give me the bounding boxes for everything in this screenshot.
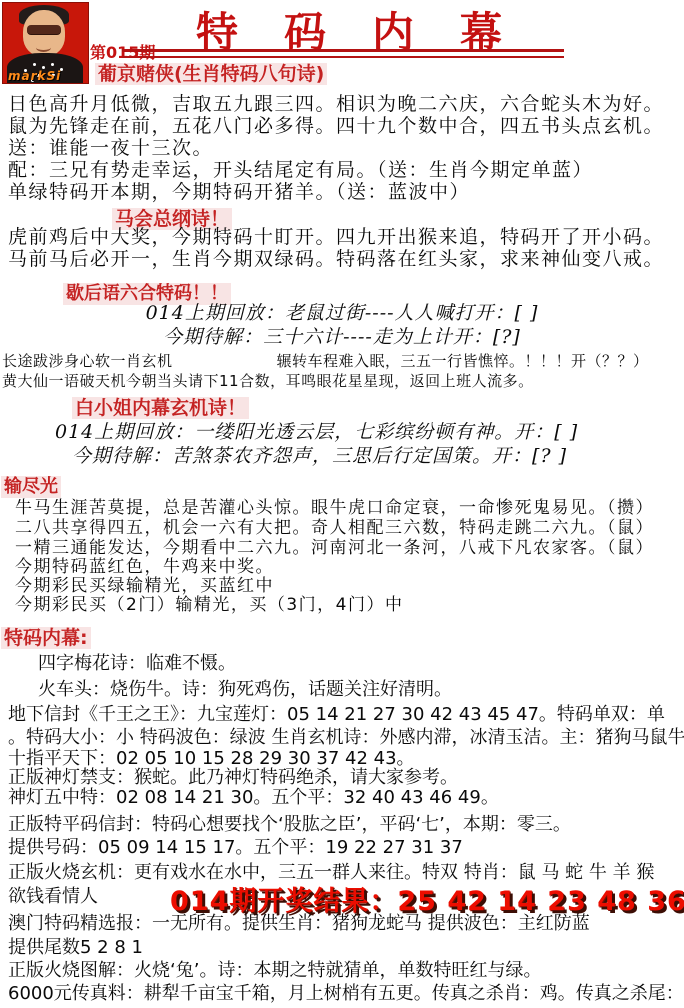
- poem-line: 配：三兄有势走幸运，开头结尾定有局。（送：生肖今期定单蓝）: [8, 160, 593, 180]
- title-underline: [122, 49, 564, 58]
- tip-line: 澳门特码精选报：一无所有。提供生肖：猪狗龙蛇马 提供波色：主红防蓝: [8, 914, 590, 934]
- poem-line: 马前马后必开一，生肖今期双绿码。特码落在红头家，求来神仙变八戒。: [8, 249, 664, 269]
- tip-line: 神灯五中特：02 08 14 21 30。五个平：32 40 43 46 49。: [8, 788, 499, 808]
- poem-line: 虎前鸡后中大奖，今期特码十盯开。四九开出猴来追，特码开了开小码。: [8, 227, 664, 247]
- poem-line: 送：谁能一夜十三次。: [8, 138, 213, 158]
- tip-line: 长途跋涉身心软一肖玄机辗转车程难入眠，三五一行皆憔悴。！！！开（？？）: [2, 351, 649, 371]
- tip-line: 黄大仙一语破天机今朝当头请下11合数，耳鸣眼花星星现，返回上班人流多。: [2, 371, 534, 391]
- tip-line: 提供号码：05 09 14 15 17。五个平：19 22 27 31 37: [8, 838, 463, 858]
- tip-line: 二八共享得四五，机会一六有大把。奇人相配三六数，特码走跳二六九。（鼠）: [15, 518, 654, 538]
- tip-line: 提供尾数5 2 8 1: [8, 938, 143, 958]
- tip-part-1: 长途跋涉身心软一肖玄机: [2, 352, 173, 370]
- tip-line: 今期彩民买绿输精光，买蓝红中: [15, 576, 274, 596]
- tip-line: 四字梅花诗：临难不慑。: [38, 654, 236, 674]
- replay-line: 014上期回放：老鼠过街----人人喊打开：[ ]: [0, 303, 684, 323]
- pending-line: 今期待解：三十六计----走为上计开：[?]: [0, 327, 684, 347]
- tip-line: 欲钱看情人: [8, 887, 98, 907]
- lottery-tip-sheet: markSi 第015期 特码内幕 葡京赌侠(生肖特码八句诗) 日色高升月低微，…: [0, 0, 684, 1008]
- tip-line: 今期彩民买（2门）输精光，买（3门，4门）中: [15, 595, 403, 615]
- tip-line: 。特码大小：小 特码波色：绿波 生肖玄机诗：外感内滞，冰清玉洁。主：猪狗马鼠牛。: [8, 728, 684, 748]
- tip-part-2: 辗转车程难入眠，三五一行皆憔悴。！！！开（？？）: [277, 351, 649, 371]
- tip-line: 6000元传真料：耕犁千亩宝千箱，月上树梢有五更。传真之杀肖：鸡。传真之杀尾：1: [8, 984, 684, 1004]
- tip-line: 牛马生涯苦莫提，总是苦灌心头惊。眼牛虎口命定衰，一命惨死鬼易见。（攒）: [15, 498, 654, 518]
- section-heading-temaneimu: 特码内幕:: [1, 627, 91, 649]
- tip-line: 今期特码蓝红色，牛鸡来中奖。: [15, 557, 274, 577]
- logo-brand-text: markSi: [8, 69, 61, 83]
- tip-line: 正版特平码信封：特码心想要找个‘股肱之臣’，平码‘七’，本期：零三。: [8, 815, 571, 835]
- tip-line: 火车头：烧伤牛。诗：狗死鸡伤，话题关注好清明。: [38, 680, 452, 700]
- replay-line: 014上期回放：一缕阳光透云层，七彩缤纷顿有神。开：[ ]: [55, 422, 578, 442]
- tip-line: 一精三通能发达，今期看中二六九。河南河北一条河，八戒下凡农家客。（鼠）: [15, 538, 654, 558]
- poem-line: 单绿特码开本期，今期特码开猪羊。（送：蓝波中）: [8, 182, 470, 202]
- poem-line: 日色高升月低微，吉取五九跟三四。相识为晚二六庆，六合蛇头木为好。: [8, 94, 664, 114]
- section-heading-baixiaojie: 白小姐内幕玄机诗！: [72, 397, 249, 419]
- poem-line: 鼠为先锋走在前，五花八门必多得。四十九个数中合，四五书头点玄机。: [8, 116, 664, 136]
- section-heading-pujing: 葡京赌侠(生肖特码八句诗): [95, 63, 327, 85]
- tip-line: 正版火烧图解：火烧‘兔’。诗：本期之特就猜单，单数特旺红与绿。: [8, 961, 541, 981]
- tip-line: 地下信封《千王之王》：九宝莲灯：05 14 21 27 30 42 43 45 …: [8, 705, 665, 725]
- tip-line: 十指平天下：02 05 10 15 28 29 30 37 42 43。: [8, 749, 415, 769]
- sunglasses-icon: [27, 25, 61, 34]
- tip-line: 正版神灯禁支：猴蛇。此乃神灯特码绝杀，请大家参考。: [8, 768, 458, 788]
- marksix-logo: markSi: [2, 2, 89, 84]
- logo-dots: [33, 63, 36, 66]
- pending-line: 今期待解：苦煞茶农齐怨声，三思后行定国策。开：[? ]: [72, 446, 567, 466]
- logo-smile: [36, 43, 51, 52]
- section-heading-shujinguang: 输尽光: [1, 476, 61, 498]
